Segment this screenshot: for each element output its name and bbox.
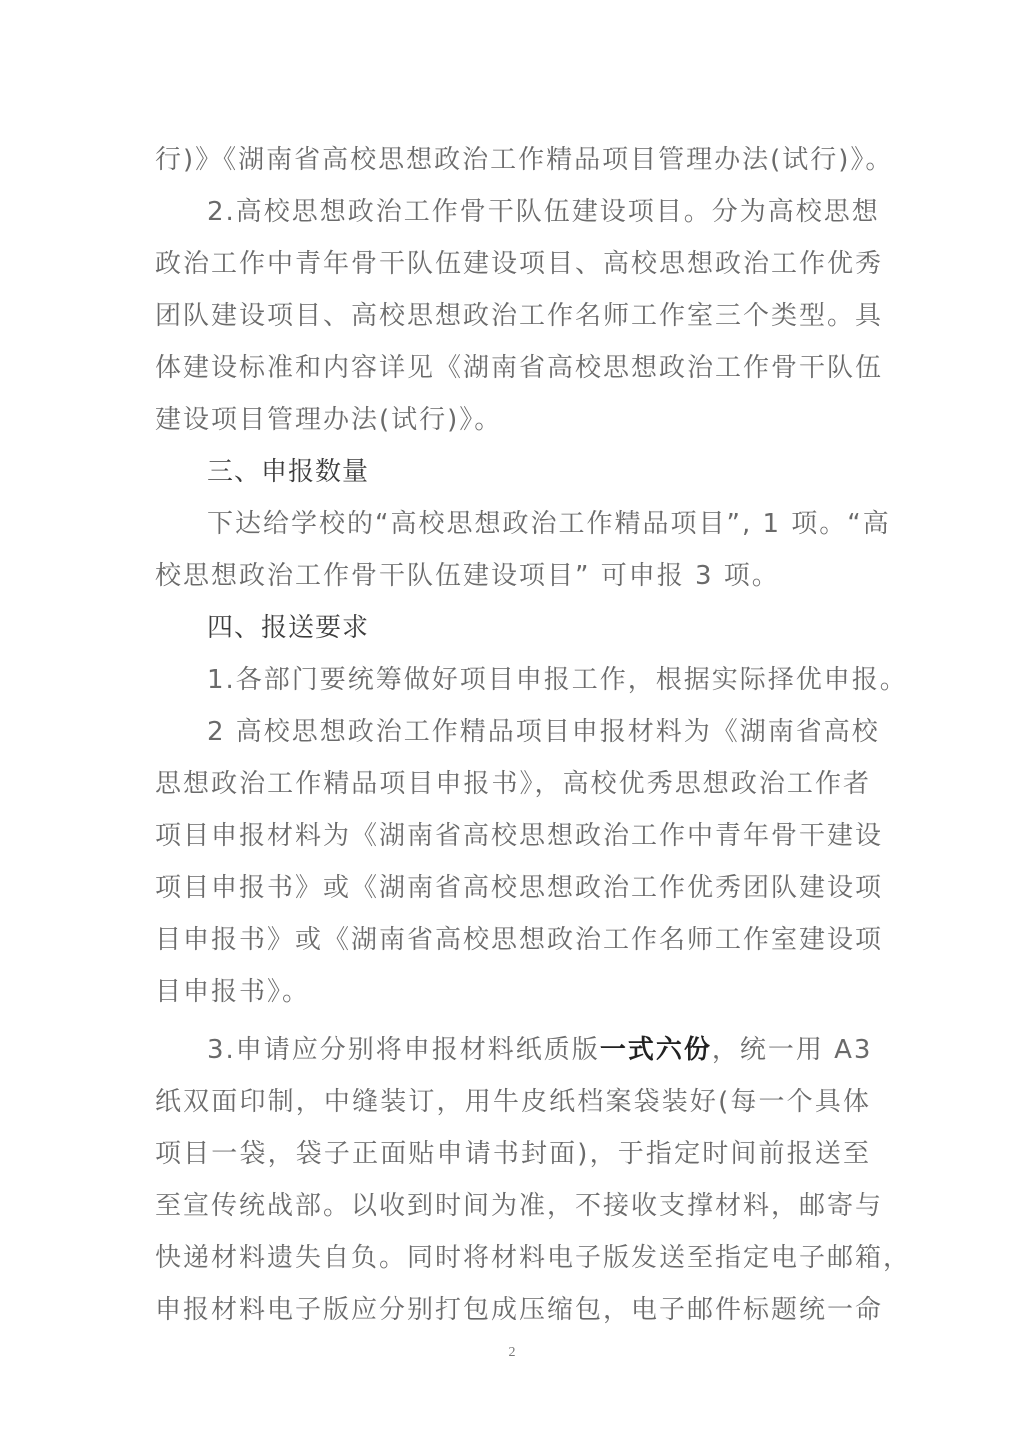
paragraph-line: 1.各部门要统筹做好项目申报工作，根据实际择优申报。	[155, 657, 871, 709]
paragraph-line: 团队建设项目、高校思想政治工作名师工作室三个类型。具	[155, 293, 871, 345]
paragraph-line: 申报材料电子版应分别打包成压缩包，电子邮件标题统一命	[155, 1287, 871, 1339]
paragraph-line: 项目一袋，袋子正面贴申请书封面)，于指定时间前报送至	[155, 1131, 871, 1183]
paragraph-line: 目申报书》。	[155, 969, 871, 1021]
item3-suffix: ，统一用 A3	[712, 1035, 873, 1065]
paragraph-line: 目申报书》或《湖南省高校思想政治工作名师工作室建设项	[155, 917, 871, 969]
document-page: 行)》《湖南省高校思想政治工作精品项目管理办法(试行)》。 2.高校思想政治工作…	[155, 137, 871, 1339]
paragraph-line: 下达给学校的“高校思想政治工作精品项目”, 1 项。“高	[155, 501, 871, 553]
paragraph-line: 校思想政治工作骨干队伍建设项目” 可申报 3 项。	[155, 553, 871, 605]
page-number: 2	[0, 1345, 1024, 1361]
section-heading-quantity: 三、申报数量	[155, 449, 871, 501]
item3-prefix: 3.申请应分别将申报材料纸质版	[207, 1035, 600, 1065]
paragraph-line: 项目申报书》或《湖南省高校思想政治工作优秀团队建设项	[155, 865, 871, 917]
paragraph-line-item3: 3.申请应分别将申报材料纸质版一式六份，统一用 A3	[155, 1027, 871, 1079]
item3-bold-copies: 一式六份	[600, 1035, 712, 1065]
paragraph-line: 体建设标准和内容详见《湖南省高校思想政治工作骨干队伍	[155, 345, 871, 397]
paragraph-line: 行)》《湖南省高校思想政治工作精品项目管理办法(试行)》。	[155, 137, 871, 189]
paragraph-line: 政治工作中青年骨干队伍建设项目、高校思想政治工作优秀	[155, 241, 871, 293]
paragraph-line: 2.高校思想政治工作骨干队伍建设项目。分为高校思想	[155, 189, 871, 241]
paragraph-line: 快递材料遗失自负。同时将材料电子版发送至指定电子邮箱，	[155, 1235, 871, 1287]
paragraph-line: 2 高校思想政治工作精品项目申报材料为《湖南省高校	[155, 709, 871, 761]
section-heading-requirements: 四、报送要求	[155, 605, 871, 657]
paragraph-line: 至宣传统战部。以收到时间为准，不接收支撑材料，邮寄与	[155, 1183, 871, 1235]
paragraph-line: 项目申报材料为《湖南省高校思想政治工作中青年骨干建设	[155, 813, 871, 865]
paragraph-line: 纸双面印制，中缝装订，用牛皮纸档案袋装好(每一个具体	[155, 1079, 871, 1131]
paragraph-line: 思想政治工作精品项目申报书》，高校优秀思想政治工作者	[155, 761, 871, 813]
paragraph-line: 建设项目管理办法(试行)》。	[155, 397, 871, 449]
